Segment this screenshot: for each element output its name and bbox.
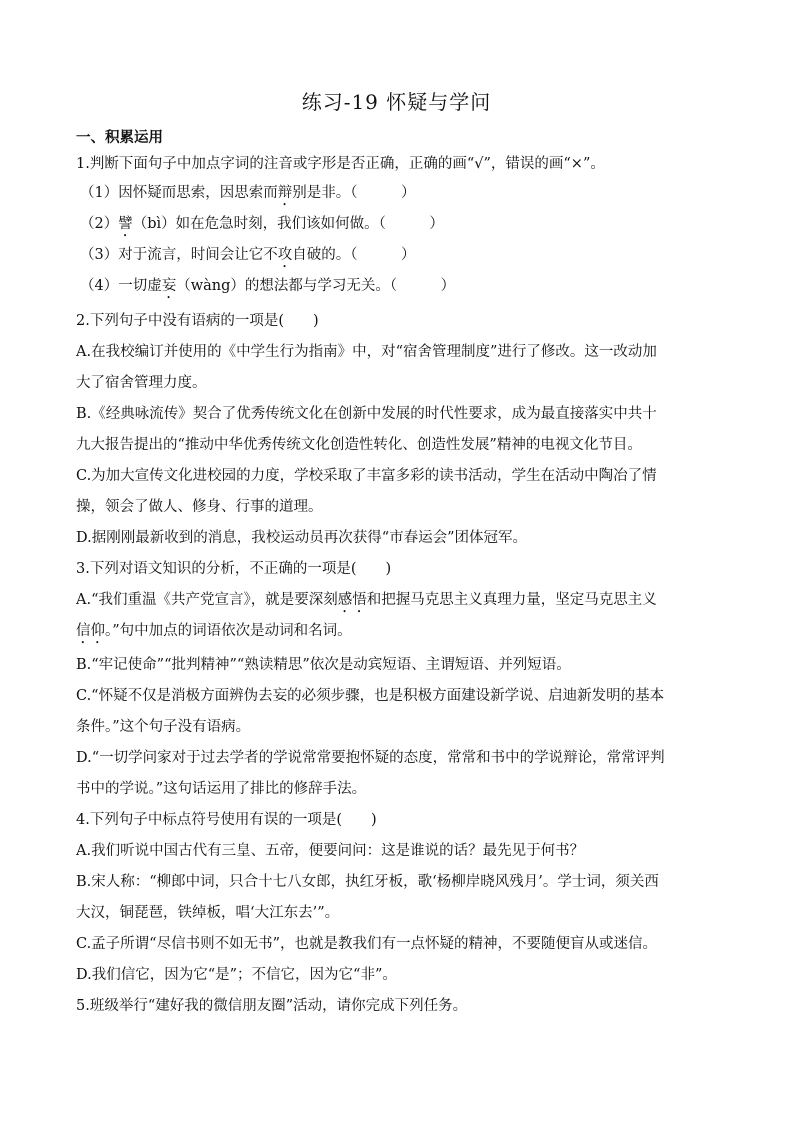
question-2-option-a-cont: 大了宿舍管理力度。 [76, 373, 207, 393]
question-3-option-b: B.“牢记使命”“批判精神”“熟读精思”依次是动宾短语、主谓短语、并列短语。 [76, 655, 571, 675]
question-1-item-4: （4）一切虚妄（wàng）的想法都与学习无关。（ ） [80, 276, 455, 302]
worksheet-page: 练习-19 怀疑与学问 一、积累运用 1.判断下面句子中加点字词的注音或字形是否… [0, 0, 793, 1122]
question-3-option-c-cont: 条件。”这个句子没有语病。 [76, 717, 250, 737]
section-heading: 一、积累运用 [76, 126, 163, 147]
question-4-option-a: A.我们听说中国古代有三皇、五帝，便要问问：这是谁说的话？最先见于何书？ [76, 841, 584, 861]
question-4-stem: 4.下列句子中标点符号使用有误的一项是( ) [76, 810, 377, 830]
question-3-option-a-cont: 信仰。”句中加点的词语依次是动词和名词。 [76, 621, 352, 647]
question-1-item-3: （3）对于流言，时间会让它不攻自破的。（ ） [80, 245, 415, 271]
question-3-option-a: A.“我们重温《共产党宣言》，就是要深刻感悟和把握马克思主义真理力量，坚定马克思… [76, 590, 657, 616]
question-2-option-c-cont: 操，领会了做人、修身、行事的道理。 [76, 497, 323, 517]
question-1-stem: 1.判断下面句子中加点字词的注音或字形是否正确，正确的画“√”，错误的画“×”。 [76, 154, 605, 174]
question-2-option-b: B.《经典咏流传》契合了优秀传统文化在创新中发展的时代性要求，成为最直接落实中共… [76, 404, 657, 424]
question-3-stem: 3.下列对语文知识的分析，不正确的一项是( ) [76, 559, 391, 579]
question-3-option-c: C.“怀疑不仅是消极方面辨伪去妄的必须步骤，也是积极方面建设新学说、启迪新发明的… [76, 686, 664, 706]
question-2-option-d: D.据刚刚最新收到的消息，我校运动员再次获得“市春运会”团体冠军。 [76, 528, 527, 548]
question-4-option-b-cont: 大汉，铜琵琶，铁绰板，唱‘大江东去’”。 [76, 903, 339, 923]
question-4-option-c: C.孟子所谓“尽信书则不如无书”，也就是教我们有一点怀疑的精神，不要随便盲从或迷… [76, 934, 657, 954]
question-1-item-1: （1）因怀疑而思索，因思索而辩别是非。（ ） [80, 183, 415, 209]
page-title: 练习-19 怀疑与学问 [0, 86, 793, 115]
question-2-stem: 2.下列句子中没有语病的一项是( ) [76, 311, 319, 331]
question-3-option-d-cont: 书中的学说。”这句话运用了排比的修辞手法。 [76, 779, 366, 799]
question-4-option-b: B.宋人称：“柳郎中词，只合十七八女郎，执红牙板，歌‘杨柳岸晓风残月’。学士词，… [76, 872, 659, 892]
question-2-option-c: C.为加大宣传文化进校园的力度，学校采取了丰富多彩的读书活动，学生在活动中陶冶了… [76, 466, 657, 486]
question-2-option-a: A.在我校编订并使用的《中学生行为指南》中，对“宿舍管理制度”进行了修改。这一改… [76, 342, 657, 362]
question-3-option-d: D.“一切学问家对于过去学者的学说常常要抱怀疑的态度，常常和书中的学说辩论，常常… [76, 748, 665, 768]
question-2-option-b-cont: 九大报告提出的“推动中华优秀传统文化创造性转化、创造性发展”精神的电视文化节目。 [76, 435, 642, 455]
question-5-stem: 5.班级举行“建好我的微信朋友圈”活动，请你完成下列任务。 [76, 996, 467, 1016]
question-4-option-d: D.我们信它，因为它“是”；不信它，因为它“非”。 [76, 965, 397, 985]
question-1-item-2: （2）譬（bì）如在危急时刻，我们该如何做。（ ） [80, 214, 444, 240]
